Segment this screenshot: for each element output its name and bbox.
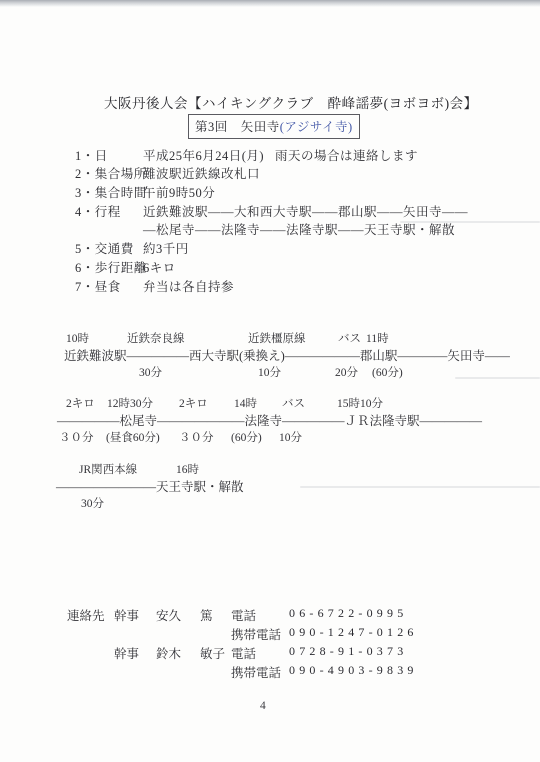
document-title: 大阪丹後人会【ハイキングクラブ 酔峰謡夢(ヨボヨボ)会】	[104, 92, 478, 112]
phone-type-label: 電話	[231, 644, 256, 662]
contact-given-name: 篤	[200, 606, 213, 624]
itinerary-row-2: 2キロ 12時30分 2キロ 14時 バス 15時10分 —————松尾寺———…	[0, 395, 540, 445]
time-label: 16時	[176, 461, 199, 477]
contact-row: 連絡先 幹事 安久 篤 電話 06-6722-0995	[0, 606, 540, 623]
time-label: 11時	[366, 330, 389, 346]
duration-label: (60分)	[231, 429, 262, 445]
detail-row-date: 1・日 平成25年6月24日(月) 雨天の場合は連絡します	[75, 146, 515, 162]
scan-edge-artifact	[0, 0, 540, 7]
detail-label: 4・行程	[75, 202, 121, 220]
detail-row-meeting-place: 2・集合場所 難波駅近鉄線改札口	[75, 164, 515, 180]
duration-label: 30分	[139, 364, 162, 380]
duration-label: (昼食60分)	[106, 429, 160, 445]
time-label: 14時	[234, 395, 257, 411]
contact-surname: 鈴木	[156, 644, 181, 662]
phone-type-label: 携帯電話	[231, 663, 281, 681]
detail-value: —松尾寺——法隆寺——法隆寺駅——天王寺駅・解散	[143, 220, 455, 238]
time-label: 10時	[66, 330, 89, 346]
event-details-list: 1・日 平成25年6月24日(月) 雨天の場合は連絡します 2・集合場所 難波駅…	[75, 146, 515, 296]
distance-label: 2キロ	[66, 395, 95, 411]
detail-value: 平成25年6月24日(月)	[143, 146, 264, 164]
contact-given-name: 敏子	[200, 644, 225, 662]
time-label: 12時30分	[107, 395, 153, 411]
detail-row-route-line1: 4・行程 近鉄難波駅——大和西大寺駅——郡山駅——矢田寺——	[75, 202, 515, 218]
route-line: ————————天王寺駅・解散	[56, 477, 244, 495]
detail-value: 約3千円	[143, 239, 189, 257]
detail-row-meeting-time: 3・集合時間 午前9時50分	[75, 183, 515, 199]
rail-line-label: 近鉄奈良線	[127, 330, 185, 346]
detail-row-lunch: 7・昼食 弁当は各自持参	[75, 277, 515, 293]
detail-label: 6・歩行距離	[75, 258, 147, 276]
duration-label: 10分	[258, 364, 281, 380]
phone-number: 090-1247-0126	[289, 625, 418, 640]
rail-line-label: JR関西本線	[79, 461, 137, 477]
contact-row: 幹事 鈴木 敏子 電話 0728-91-0373	[0, 644, 540, 661]
page-number: 4	[260, 700, 266, 712]
contact-surname: 安久	[156, 606, 181, 624]
duration-label: 10分	[279, 429, 302, 445]
contact-heading: 連絡先	[67, 606, 105, 624]
itinerary-row-1: 10時 近鉄奈良線 近鉄橿原線 バス 11時 近鉄難波駅—————西大寺駅(乗換…	[0, 330, 540, 380]
time-label: 15時10分	[337, 395, 383, 411]
detail-value: 難波駅近鉄線改札口	[143, 164, 260, 182]
phone-number: 090-4903-9839	[289, 663, 418, 678]
phone-number: 06-6722-0995	[289, 606, 407, 621]
phone-type-label: 電話	[231, 606, 256, 624]
detail-label: 7・昼食	[75, 277, 121, 295]
phone-number: 0728-91-0373	[289, 644, 407, 659]
detail-label: 1・日	[75, 146, 108, 164]
event-title-highlight: (アジサイ寺)	[280, 120, 353, 134]
event-title-box: 第3回 矢田寺(アジサイ寺)	[188, 114, 360, 139]
contact-row: 携帯電話 090-1247-0126	[0, 625, 540, 642]
duration-label: ３０分	[179, 429, 214, 445]
phone-type-label: 携帯電話	[231, 625, 281, 643]
detail-note: 雨天の場合は連絡します	[275, 146, 418, 164]
duration-label: 30分	[81, 495, 104, 511]
event-title-main: 第3回 矢田寺	[195, 120, 280, 134]
bus-label: バス	[338, 330, 361, 346]
duration-label: (60分)	[372, 364, 403, 380]
detail-value: 6キロ	[143, 258, 176, 276]
duration-label: 20分	[335, 364, 358, 380]
itinerary-row-3: JR関西本線 16時 ————————天王寺駅・解散 30分	[0, 461, 540, 511]
detail-value: 午前9時50分	[143, 183, 215, 201]
detail-row-route-line2: —松尾寺——法隆寺——法隆寺駅——天王寺駅・解散	[75, 220, 515, 236]
detail-row-fare: 5・交通費 約3千円	[75, 239, 515, 255]
detail-label: 2・集合場所	[75, 164, 147, 182]
contact-role: 幹事	[114, 606, 139, 624]
contact-row: 携帯電話 090-4903-9839	[0, 663, 540, 680]
route-line: 近鉄難波駅—————西大寺駅(乗換え)——————郡山駅————矢田寺——	[64, 346, 510, 364]
bus-label: バス	[282, 395, 305, 411]
duration-label: ３０分	[59, 429, 94, 445]
detail-row-distance: 6・歩行距離 6キロ	[75, 258, 515, 274]
distance-label: 2キロ	[179, 395, 208, 411]
detail-value: 弁当は各自持参	[143, 277, 234, 295]
rail-line-label: 近鉄橿原線	[248, 330, 306, 346]
contact-role: 幹事	[114, 644, 139, 662]
detail-label: 5・交通費	[75, 239, 134, 257]
contact-section: 連絡先 幹事 安久 篤 電話 06-6722-0995 携帯電話 090-124…	[0, 606, 540, 686]
detail-label: 3・集合時間	[75, 183, 147, 201]
detail-value: 近鉄難波駅——大和西大寺駅——郡山駅——矢田寺——	[143, 202, 468, 220]
scanned-document-page: 大阪丹後人会【ハイキングクラブ 酔峰謡夢(ヨボヨボ)会】 第3回 矢田寺(アジサ…	[0, 0, 540, 762]
route-line: —————松尾寺———————法隆寺—————ＪＲ法隆寺駅—————	[57, 411, 482, 429]
